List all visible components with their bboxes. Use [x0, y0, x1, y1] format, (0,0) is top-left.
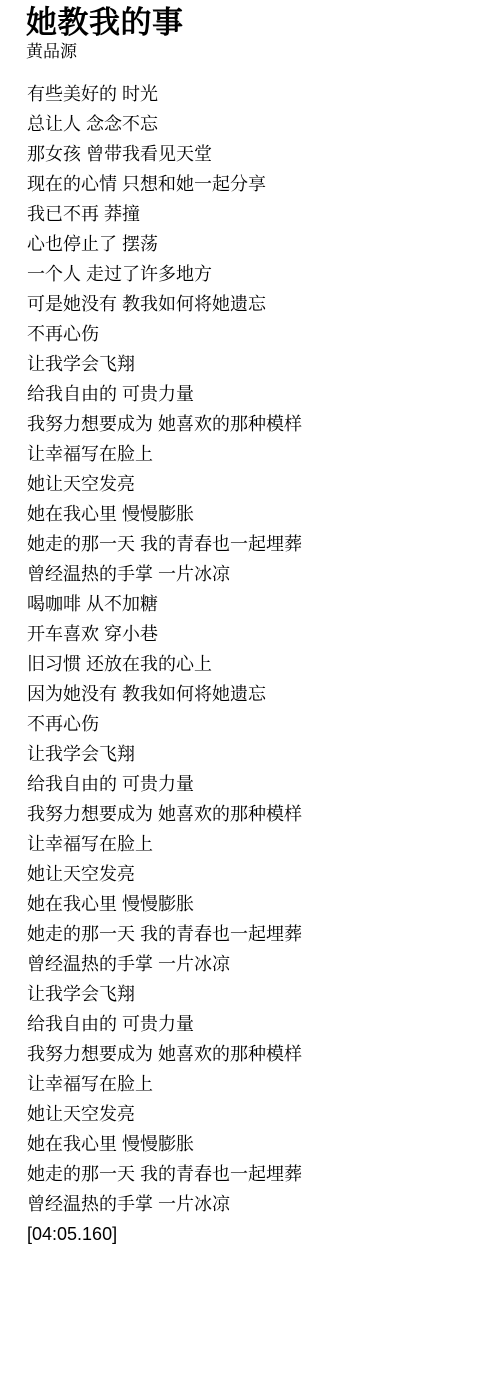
lyrics-body: 有些美好的 时光总让人 念念不忘那女孩 曾带我看见天堂现在的心情 只想和她一起分… — [27, 79, 500, 1219]
lyric-line: 让幸福写在脸上 — [27, 1069, 500, 1099]
lyric-line: 她让天空发亮 — [27, 469, 500, 499]
lyric-line: 我努力想要成为 她喜欢的那种模样 — [27, 409, 500, 439]
lyric-line: 她走的那一天 我的青春也一起埋葬 — [27, 529, 500, 559]
lyric-line: 不再心伤 — [27, 709, 500, 739]
lyric-line: 让幸福写在脸上 — [27, 829, 500, 859]
lyric-line: 她让天空发亮 — [27, 1099, 500, 1129]
lyric-line: 开车喜欢 穿小巷 — [27, 619, 500, 649]
lyric-line: 喝咖啡 从不加糖 — [27, 589, 500, 619]
lyric-line: 她走的那一天 我的青春也一起埋葬 — [27, 1159, 500, 1189]
lyric-line: 给我自由的 可贵力量 — [27, 1009, 500, 1039]
lyric-line: 那女孩 曾带我看见天堂 — [27, 139, 500, 169]
lyrics-page: 她教我的事 黄品源 有些美好的 时光总让人 念念不忘那女孩 曾带我看见天堂现在的… — [0, 0, 500, 1390]
lyric-line: 因为她没有 教我如何将她遗忘 — [27, 679, 500, 709]
lyric-line: 给我自由的 可贵力量 — [27, 769, 500, 799]
lyric-line: 曾经温热的手掌 一片冰凉 — [27, 949, 500, 979]
lyric-line: 我努力想要成为 她喜欢的那种模样 — [27, 1039, 500, 1069]
end-timestamp: [04:05.160] — [27, 1219, 500, 1249]
lyric-line: 一个人 走过了许多地方 — [27, 259, 500, 289]
lyric-line: 她在我心里 慢慢膨胀 — [27, 889, 500, 919]
lyric-line: 让幸福写在脸上 — [27, 439, 500, 469]
lyric-line: 她让天空发亮 — [27, 859, 500, 889]
lyric-line: 总让人 念念不忘 — [27, 109, 500, 139]
lyric-line: 她走的那一天 我的青春也一起埋葬 — [27, 919, 500, 949]
lyric-line: 她在我心里 慢慢膨胀 — [27, 499, 500, 529]
lyric-line: 现在的心情 只想和她一起分享 — [27, 169, 500, 199]
lyric-line: 心也停止了 摆荡 — [27, 229, 500, 259]
lyric-line: 我努力想要成为 她喜欢的那种模样 — [27, 799, 500, 829]
lyric-line: 旧习惯 还放在我的心上 — [27, 649, 500, 679]
lyric-line: 让我学会飞翔 — [27, 349, 500, 379]
lyric-line: 曾经温热的手掌 一片冰凉 — [27, 559, 500, 589]
song-title: 她教我的事 — [26, 5, 500, 41]
lyric-line: 让我学会飞翔 — [27, 979, 500, 1009]
lyric-line: 给我自由的 可贵力量 — [27, 379, 500, 409]
lyric-line: 曾经温热的手掌 一片冰凉 — [27, 1189, 500, 1219]
lyric-line: 不再心伤 — [27, 319, 500, 349]
lyric-line: 让我学会飞翔 — [27, 739, 500, 769]
lyric-line: 有些美好的 时光 — [27, 79, 500, 109]
lyric-line: 我已不再 莽撞 — [27, 199, 500, 229]
lyric-line: 可是她没有 教我如何将她遗忘 — [27, 289, 500, 319]
lyric-line: 她在我心里 慢慢膨胀 — [27, 1129, 500, 1159]
artist-name: 黄品源 — [26, 41, 500, 62]
